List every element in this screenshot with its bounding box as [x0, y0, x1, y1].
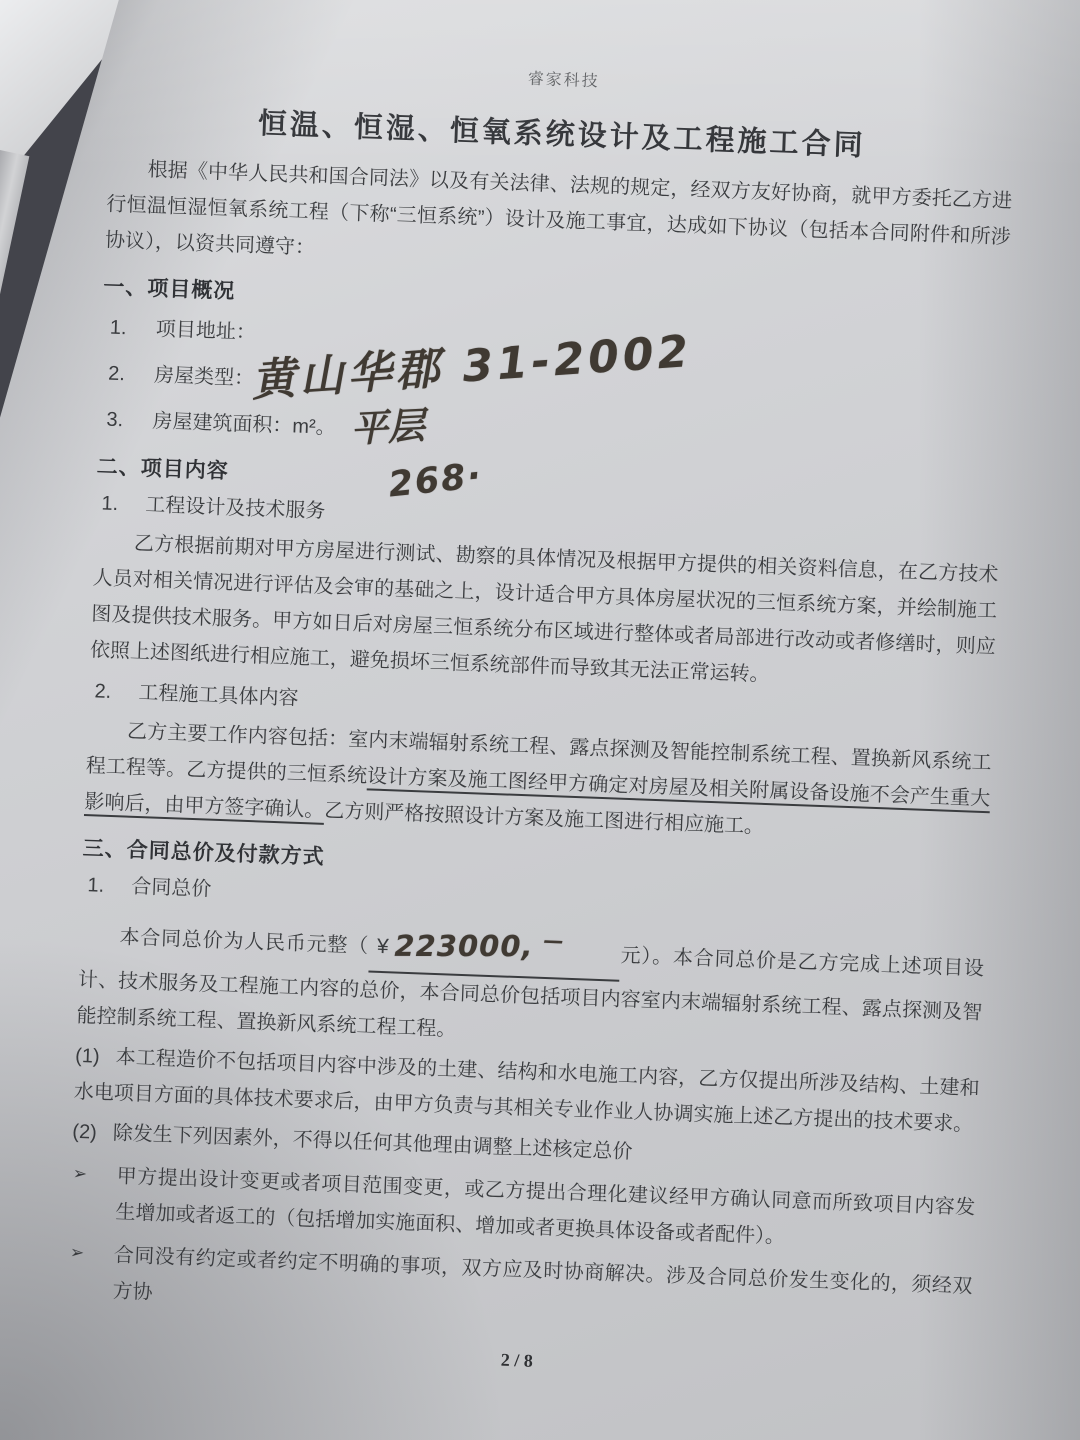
handwritten-floor-area: 268· — [387, 456, 485, 505]
paragraph-text: 乙方则严格按照设计方案及施工图进行相应施工。 — [324, 800, 765, 838]
clause-number: (2) — [72, 1121, 97, 1144]
price-blank-field: ¥ 223000,— — [368, 917, 621, 982]
list-number: 1. — [95, 486, 146, 522]
contract-page: 睿家科技 恒温、恒湿、恒氧系统设计及工程施工合同 根据《中华人民共和国合同法》以… — [0, 0, 1080, 1440]
currency-symbol: ¥ — [377, 935, 390, 958]
handwritten-house-type: 平层 — [349, 395, 426, 453]
paragraph-text: 本合同总价为人民币元整（ — [119, 926, 369, 957]
page-tilt-wrapper: 睿家科技 恒温、恒湿、恒氧系统设计及工程施工合同 根据《中华人民共和国合同法》以… — [64, 51, 1016, 1388]
design-services-paragraph: 乙方根据前期对甲方房屋进行测试、勘察的具体情况及根据甲方提供的相关资料信息，在乙… — [89, 524, 999, 701]
list-number: 2. — [99, 354, 154, 394]
arrow-bullet-icon: ➢ — [66, 1236, 115, 1310]
list-label: 房屋建筑面积：m²。 — [152, 402, 337, 447]
list-number: 2. — [88, 674, 139, 710]
sub-item-title: 工程设计及技术服务 — [145, 488, 326, 529]
list-number: 1. — [81, 868, 132, 904]
handwritten-amount: 223000, — [394, 920, 533, 972]
list-number: 1. — [101, 308, 156, 348]
page-number: 2 / 8 — [64, 1334, 969, 1388]
list-number: 3. — [98, 400, 153, 440]
list-label: 项目地址： — [155, 310, 256, 352]
sub-item-title: 工程施工具体内容 — [138, 676, 299, 716]
company-watermark: 睿家科技 — [111, 51, 1016, 107]
page-content: 睿家科技 恒温、恒湿、恒氧系统设计及工程施工合同 根据《中华人民共和国合同法》以… — [64, 51, 1016, 1388]
clause-number: (1) — [75, 1045, 100, 1068]
sub-item-title: 合同总价 — [131, 870, 212, 907]
list-label: 房屋类型： — [153, 356, 254, 398]
arrow-bullet-icon: ➢ — [69, 1157, 118, 1231]
handwritten-dash: — — [543, 928, 564, 953]
paragraph-text: 元）。 — [619, 945, 673, 969]
clause-text: 除发生下列因素外，不得以任何其他理由调整上述核定总价 — [112, 1122, 632, 1163]
intro-paragraph: 根据《中华人民共和国合同法》以及有关法律、法规的规定，经双方友好协商，就甲方委托… — [104, 150, 1012, 291]
